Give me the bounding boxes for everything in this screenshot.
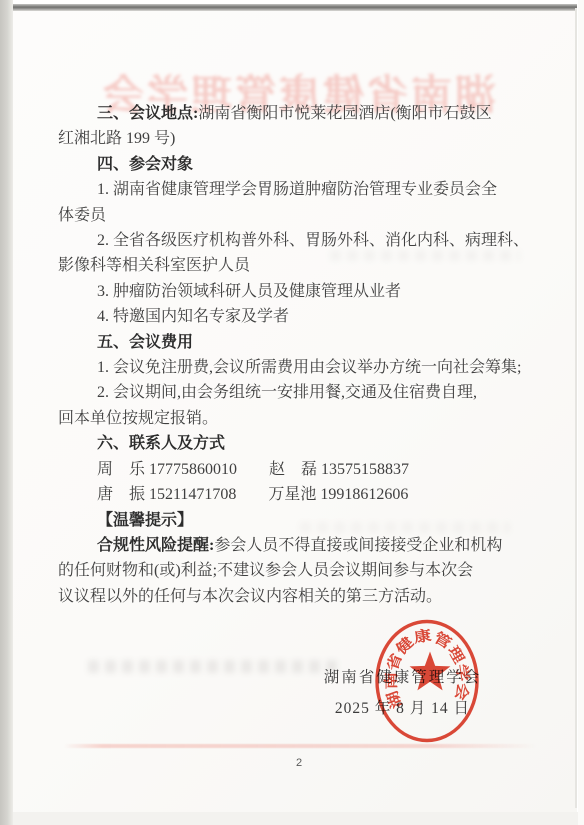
fees-item-2b: 回本单位按规定报销。	[58, 406, 540, 431]
contacts-line-2: 唐 振 15211471708 万星池 19918612606	[58, 482, 540, 507]
fees-item-text: 回本单位按规定报销。	[58, 410, 218, 427]
document-body: 三、会议地点:湖南省衡阳市悦莱花园酒店(衡阳市石鼓区 红湘北路 199 号) 四…	[58, 101, 540, 609]
attendees-item-2a: 2. 全省各级医疗机构普外科、胃肠外科、消化内科、病理科、	[58, 228, 540, 253]
tips-heading: 【温馨提示】	[58, 508, 540, 533]
contacts-heading: 六、联系人及方式	[58, 431, 540, 456]
attendees-item-text: 2. 全省各级医疗机构普外科、胃肠外科、消化内科、病理科、	[97, 232, 529, 249]
page-number: 2	[58, 757, 540, 769]
compliance-lead: 合规性风险提醒:	[97, 537, 214, 554]
attendees-heading: 四、参会对象	[58, 152, 540, 177]
official-seal: 湖南省健康管理学会	[371, 617, 483, 747]
paper-top-edge	[13, 4, 577, 11]
attendees-item-1a: 1. 湖南省健康管理学会胃肠道肿瘤防治管理专业委员会全	[58, 177, 540, 202]
attendees-item-3: 3. 肿瘤防治领域科研人员及健康管理从业者	[58, 279, 540, 304]
venue-line-1: 三、会议地点:湖南省衡阳市悦莱花园酒店(衡阳市石鼓区	[58, 101, 540, 126]
scanner-edge-right	[578, 0, 584, 825]
contact-entry: 周 乐 17775860010 赵 磊 13575158837	[97, 461, 409, 478]
attendees-item-text: 影像科等相关科室医护人员	[58, 257, 250, 274]
fees-item-text: 2. 会议期间,由会务组统一安排用餐,交通及住宿费自理,	[97, 384, 477, 401]
paper-right-edge	[575, 8, 577, 808]
attendees-item-1b: 体委员	[58, 203, 540, 228]
compliance-line-2: 的任何财物和(或)利益;不建议参会人员会议期间参与本次会	[58, 558, 540, 583]
compliance-line-1: 合规性风险提醒:参会人员不得直接或间接接受企业和机构	[58, 533, 540, 558]
venue-text: 红湘北路 199 号)	[58, 130, 175, 147]
attendees-item-text: 体委员	[58, 207, 106, 224]
venue-heading: 三、会议地点:	[97, 105, 198, 122]
attendees-item-4: 4. 特邀国内知名专家及学者	[58, 304, 540, 329]
venue-line-2: 红湘北路 199 号)	[58, 126, 540, 151]
compliance-text: 议议程以外的任何与本次会议内容相关的第三方活动。	[58, 588, 442, 605]
contact-entry: 唐 振 15211471708 万星池 19918612606	[97, 486, 408, 503]
fees-item-text: 1. 会议免注册费,会议所需费用由会议举办方统一向社会筹集;	[97, 359, 521, 376]
tips-heading-label: 【温馨提示】	[97, 512, 193, 529]
fees-item-1: 1. 会议免注册费,会议所需费用由会议举办方统一向社会筹集;	[58, 355, 540, 380]
contacts-heading-label: 六、联系人及方式	[97, 435, 225, 452]
compliance-line-3: 议议程以外的任何与本次会议内容相关的第三方活动。	[58, 584, 540, 609]
attendees-item-text: 4. 特邀国内知名专家及学者	[97, 308, 289, 325]
scanner-edge-bottom	[13, 812, 584, 825]
compliance-text: 参会人员不得直接或间接接受企业和机构	[214, 537, 502, 554]
attendees-item-text: 1. 湖南省健康管理学会胃肠道肿瘤防治管理专业委员会全	[97, 181, 497, 198]
attendees-item-2b: 影像科等相关科室医护人员	[58, 253, 540, 278]
compliance-text: 的任何财物和(或)利益;不建议参会人员会议期间参与本次会	[58, 562, 473, 579]
attendees-heading-label: 四、参会对象	[97, 156, 193, 173]
scanner-edge-left	[0, 0, 13, 825]
seal-star-icon	[410, 652, 451, 691]
contacts-line-1: 周 乐 17775860010 赵 磊 13575158837	[58, 457, 540, 482]
attendees-item-text: 3. 肿瘤防治领域科研人员及健康管理从业者	[97, 283, 401, 300]
venue-text: 湖南省衡阳市悦莱花园酒店(衡阳市石鼓区	[198, 105, 491, 122]
fees-heading-label: 五、会议费用	[97, 334, 193, 351]
fees-heading: 五、会议费用	[58, 330, 540, 355]
fees-item-2a: 2. 会议期间,由会务组统一安排用餐,交通及住宿费自理,	[58, 380, 540, 405]
